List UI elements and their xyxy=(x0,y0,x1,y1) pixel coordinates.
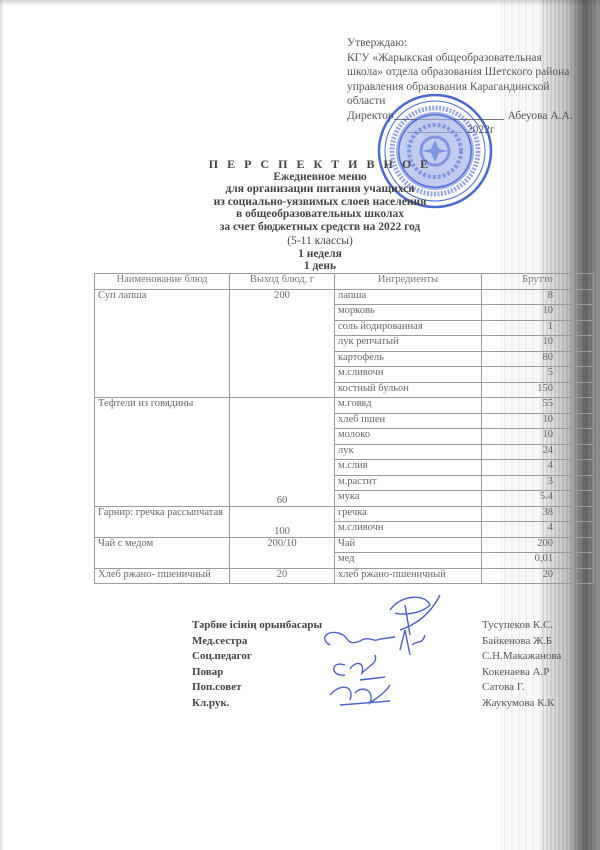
dish-output: 200 xyxy=(230,289,335,398)
ingredient-gross: 80 xyxy=(482,351,594,367)
director-name: Абеуова А.А. xyxy=(508,109,573,124)
ingredient-gross: 10 xyxy=(482,305,594,321)
signature-name: Тусупеков К.С. xyxy=(482,618,592,634)
ingredient-name: мед xyxy=(335,553,482,569)
table-header-row: Наименование блюд Выход блюд, г Ингредие… xyxy=(95,274,594,290)
dish-name: Чай с медом xyxy=(95,537,230,568)
ingredient-name: соль йодированная xyxy=(335,320,482,336)
ingredient-gross: 200 xyxy=(482,537,594,553)
ingredient-name: лук репчатый xyxy=(335,336,482,352)
ingredient-name: Чай xyxy=(335,537,482,553)
header-dish-name: Наименование блюд xyxy=(95,274,230,290)
subtitle-line: в общеобразовательных школах xyxy=(150,208,490,221)
ingredient-name: лук xyxy=(335,444,482,460)
dish-name: Тефтели из говядины xyxy=(95,398,230,507)
document-title-block: П Е Р С П Е К Т И В Н О Е Ежедневное мен… xyxy=(150,158,490,273)
ingredient-name: хлеб пшен xyxy=(335,413,482,429)
menu-table-body: Суп лапша200лапша8морковь10соль йодирова… xyxy=(95,289,594,584)
subtitle-line: из социально-уязвимых слоев населения xyxy=(150,196,490,209)
ingredient-gross: 10 xyxy=(482,413,594,429)
ingredient-name: хлеб ржано-пшеничный xyxy=(335,568,482,584)
dish-name: Гарнир: гречка рассыпчатая xyxy=(95,506,230,537)
signature-role: Тәрбие ісінің орынбасары xyxy=(192,618,392,634)
ingredient-name: морковь xyxy=(335,305,482,321)
header-output: Выход блюд, г xyxy=(230,274,335,290)
ingredient-gross: 4 xyxy=(482,522,594,538)
signature-name: Байкенова Ж.Б xyxy=(482,634,592,650)
dish-output: 100 xyxy=(230,506,335,537)
signature-role: Мед.сестра xyxy=(192,634,392,650)
ingredient-gross: 1 xyxy=(482,320,594,336)
ingredient-gross: 8 xyxy=(482,289,594,305)
ingredient-gross: 3 xyxy=(482,475,594,491)
signature-row: Тәрбие ісінің орынбасарыТусупеков К.С. xyxy=(192,618,592,634)
ingredient-name: костный бульон xyxy=(335,382,482,398)
grade-range: (5-11 классы) xyxy=(150,235,490,248)
signature-name: Кокенаева А.Р xyxy=(482,665,592,681)
dish-output: 20 xyxy=(230,568,335,584)
approval-line: Утверждаю: xyxy=(347,36,587,51)
signature-name: С.Н.Макажанова xyxy=(482,649,592,665)
day-label: 1 день xyxy=(150,260,490,273)
signature-row: Поп.советСатова Г. xyxy=(192,680,592,696)
subtitle-line: для организации питания учащихся xyxy=(150,183,490,196)
signature-row: ПоварКокенаева А.Р xyxy=(192,665,592,681)
header-gross: Брутто xyxy=(482,274,594,290)
ingredient-gross: 20 xyxy=(482,568,594,584)
ingredient-name: м.сливочн xyxy=(335,367,482,383)
signature-role: Кл.рук. xyxy=(192,696,392,712)
signature-row: Соц.педагогС.Н.Макажанова xyxy=(192,649,592,665)
ingredient-name: м.растит xyxy=(335,475,482,491)
signature-role: Повар xyxy=(192,665,392,681)
table-row: Хлеб ржано- пшеничный20хлеб ржано-пшенич… xyxy=(95,568,594,584)
dish-output: 200/10 xyxy=(230,537,335,568)
scan-artifact-left xyxy=(0,0,4,850)
dish-name: Хлеб ржано- пшеничный xyxy=(95,568,230,584)
header-ingredients: Ингредиенты xyxy=(335,274,482,290)
ingredient-gross: 5 xyxy=(482,367,594,383)
menu-table: Наименование блюд Выход блюд, г Ингредие… xyxy=(94,273,594,584)
ingredient-name: м.говяд xyxy=(335,398,482,414)
dish-name: Суп лапша xyxy=(95,289,230,398)
subtitle-line: за счет бюджетных средств на 2022 год xyxy=(150,221,490,234)
signature-block: Тәрбие ісінің орынбасарыТусупеков К.С.Ме… xyxy=(192,618,592,711)
table-row: Тефтели из говядины60м.говяд55 xyxy=(95,398,594,414)
ingredient-name: картофель xyxy=(335,351,482,367)
signature-role: Поп.совет xyxy=(192,680,392,696)
table-row: Гарнир: гречка рассыпчатая100гречка38 xyxy=(95,506,594,522)
ingredient-name: гречка xyxy=(335,506,482,522)
ingredient-name: мука xyxy=(335,491,482,507)
ingredient-gross: 24 xyxy=(482,444,594,460)
signature-row: Кл.рук.Жаукумова К.К xyxy=(192,696,592,712)
ingredient-gross: 5.4 xyxy=(482,491,594,507)
approval-line: КГУ «Жарыкская общеобразовательная xyxy=(347,51,587,66)
ingredient-gross: 10 xyxy=(482,429,594,445)
ingredient-gross: 10 xyxy=(482,336,594,352)
ingredient-gross: 0,01 xyxy=(482,553,594,569)
ingredient-name: м.сливочн xyxy=(335,522,482,538)
ingredient-gross: 55 xyxy=(482,398,594,414)
week-label: 1 неделя xyxy=(150,248,490,261)
ingredient-gross: 4 xyxy=(482,460,594,476)
table-row: Чай с медом200/10Чай200 xyxy=(95,537,594,553)
subtitle-line: Ежедневное меню xyxy=(150,171,490,184)
ingredient-name: м.слив xyxy=(335,460,482,476)
table-row: Суп лапша200лапша8 xyxy=(95,289,594,305)
signature-name: Сатова Г. xyxy=(482,680,592,696)
dish-output: 60 xyxy=(230,398,335,507)
signature-name: Жаукумова К.К xyxy=(482,696,592,712)
approval-line: школа» отдела образования Шетского район… xyxy=(347,65,587,80)
ingredient-gross: 38 xyxy=(482,506,594,522)
document-title: П Е Р С П Е К Т И В Н О Е xyxy=(150,158,490,171)
ingredient-gross: 150 xyxy=(482,382,594,398)
signature-row: Мед.сестраБайкенова Ж.Б xyxy=(192,634,592,650)
ingredient-name: лапша xyxy=(335,289,482,305)
ingredient-name: молоко xyxy=(335,429,482,445)
signature-role: Соц.педагог xyxy=(192,649,392,665)
